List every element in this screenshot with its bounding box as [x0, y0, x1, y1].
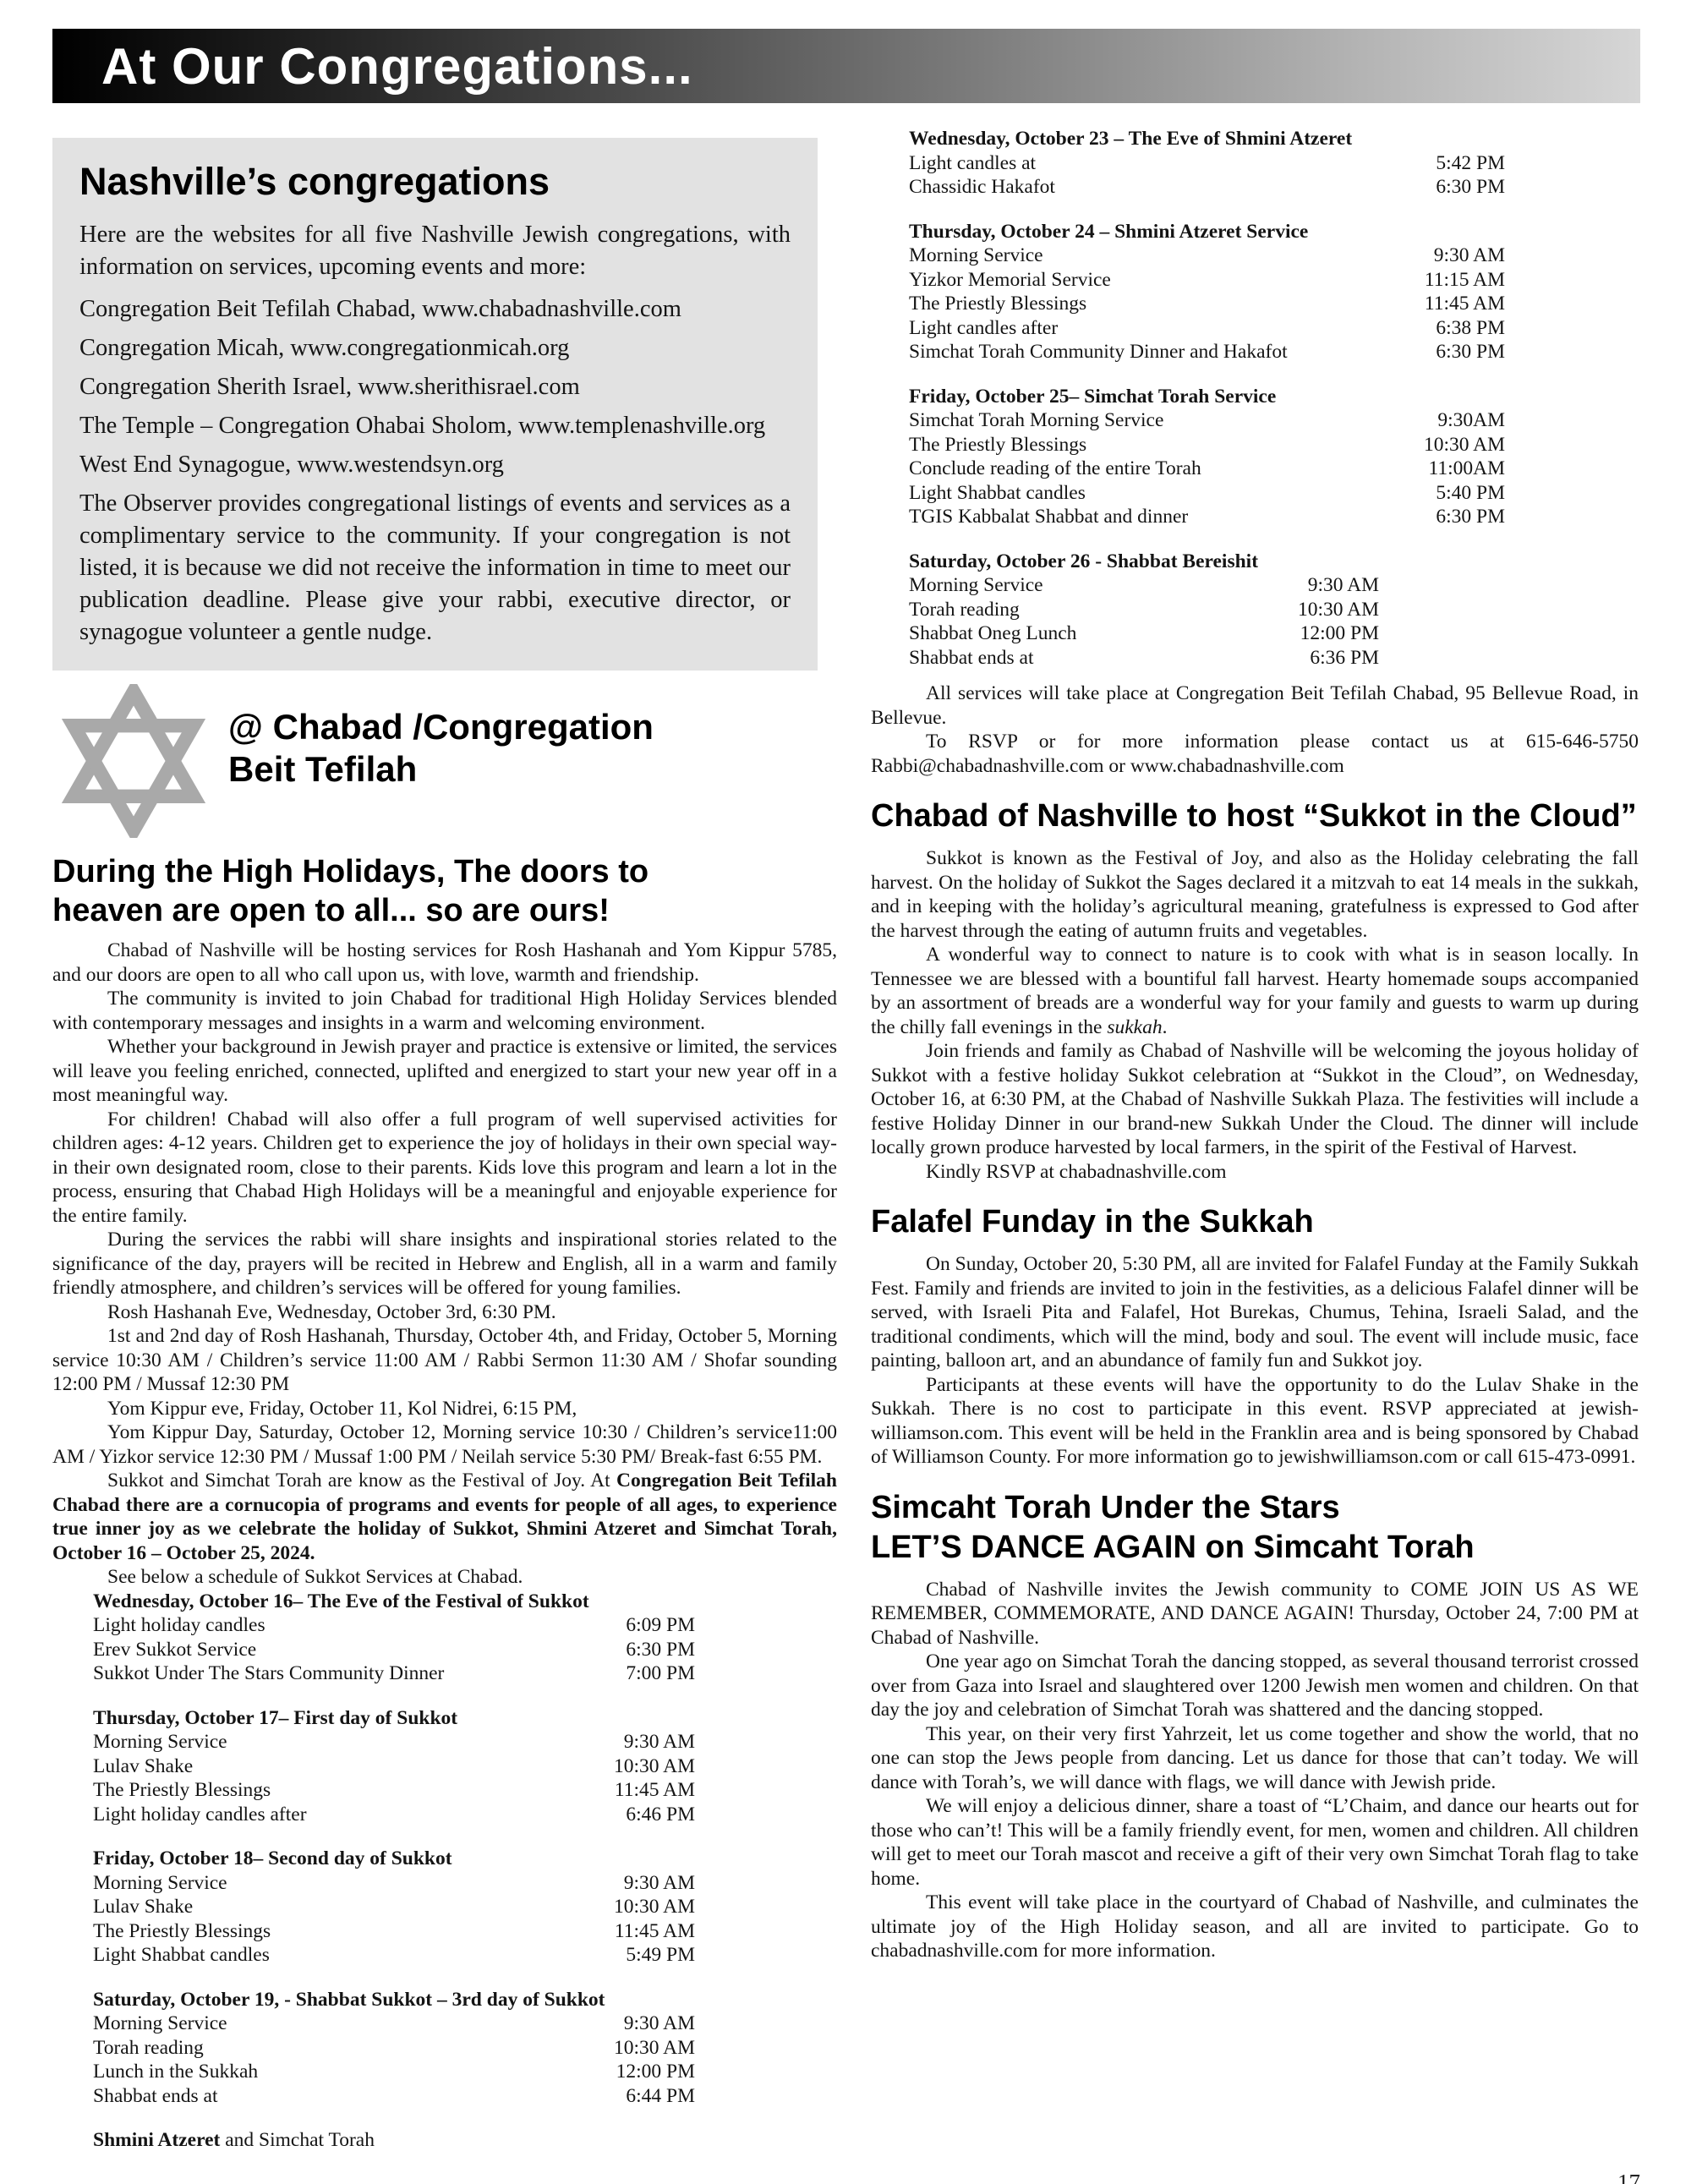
schedule-row: Light candles at5:42 PM	[909, 151, 1505, 176]
schedule-day-header: Thursday, October 24 – Shmini Atzeret Se…	[909, 220, 1639, 244]
schedule-label: Light candles after	[909, 316, 1058, 341]
schedule-time: 11:45 AM	[1425, 292, 1505, 316]
body-paragraph: A wonderful way to connect to nature is …	[871, 943, 1639, 1039]
body-paragraph: Yom Kippur Day, Saturday, October 12, Mo…	[52, 1420, 837, 1469]
section-banner: At Our Congregations...	[52, 29, 1640, 103]
schedule-label: Lunch in the Sukkah	[93, 2060, 258, 2084]
schedule-label: Shabbat Oneg Lunch	[909, 621, 1076, 646]
body-paragraph: Join friends and family as Chabad of Nas…	[871, 1039, 1639, 1160]
schedule-time: 9:30 AM	[624, 2012, 695, 2036]
festival-text-normal: Sukkot and Simchat Torah are know as the…	[107, 1470, 616, 1492]
body-paragraph: 1st and 2nd day of Rosh Hashanah, Thursd…	[52, 1324, 837, 1397]
schedule-label: Shabbat ends at	[909, 646, 1034, 671]
body-paragraph: Whether your background in Jewish prayer…	[52, 1035, 837, 1108]
see-below-line: See below a schedule of Sukkot Services …	[52, 1565, 837, 1590]
schedule-row: Erev Sukkot Service6:30 PM	[93, 1638, 695, 1662]
simchat-title-line1: Simcaht Torah Under the Stars	[871, 1488, 1639, 1528]
body-paragraph: This event will take place in the courty…	[871, 1891, 1639, 1963]
schedule-row: TGIS Kabbalat Shabbat and dinner6:30 PM	[909, 505, 1505, 529]
schedule-label: The Priestly Blessings	[909, 433, 1086, 457]
schedule-time: 7:00 PM	[626, 1661, 695, 1686]
paragraph-text: .	[1163, 1016, 1168, 1038]
schedule-day-header: Thursday, October 17– First day of Sukko…	[93, 1706, 837, 1731]
schedule-row: Torah reading10:30 AM	[93, 2036, 695, 2061]
congregations-box-intro: Here are the websites for all five Nashv…	[79, 219, 791, 283]
schedule-row: Chassidic Hakafot6:30 PM	[909, 175, 1505, 200]
schedule-label: Morning Service	[93, 2012, 227, 2036]
footer-page-number: 17	[1302, 2170, 1640, 2184]
body-paragraph: Chabad of Nashville will be hosting serv…	[52, 939, 837, 987]
sukkot-schedule: Wednesday, October 16– The Eve of the Fe…	[93, 1590, 837, 2153]
schedule-time: 9:30 AM	[624, 1730, 695, 1754]
schedule-label: Light holiday candles after	[93, 1803, 307, 1827]
schedule-row: Conclude reading of the entire Torah11:0…	[909, 457, 1505, 481]
schedule-time: 10:30 AM	[614, 1754, 695, 1779]
congregations-box-note: The Observer provides congregational lis…	[79, 488, 791, 649]
schedule-time: 9:30 AM	[624, 1871, 695, 1896]
congregations-box-title: Nashville’s congregations	[79, 160, 791, 204]
schedule-label: Shabbat ends at	[93, 2084, 218, 2109]
body-paragraph: During the services the rabbi will share…	[52, 1228, 837, 1300]
schedule-label: Light Shabbat candles	[909, 481, 1086, 506]
paragraph-italic: sukkah	[1107, 1016, 1162, 1038]
schedule-label: The Priestly Blessings	[93, 1919, 271, 1944]
schedule-row: Morning Service9:30 AM	[93, 1730, 695, 1754]
schedule-time: 11:45 AM	[615, 1919, 695, 1944]
shmini-atzeret-line: Shmini Atzeret and Simchat Torah	[93, 2128, 837, 2153]
schedule-row: Shabbat Oneg Lunch12:00 PM	[909, 621, 1379, 646]
schedule-label: Morning Service	[93, 1730, 227, 1754]
chabad-title-line2: Beit Tefilah	[228, 748, 654, 791]
schedule-row: Lulav Shake10:30 AM	[93, 1754, 695, 1779]
schedule-label: Sukkot Under The Stars Community Dinner	[93, 1661, 444, 1686]
schedule-row: Shabbat ends at6:36 PM	[909, 646, 1379, 671]
schedule-day-header: Friday, October 25– Simchat Torah Servic…	[909, 385, 1639, 409]
schedule-row: Shabbat ends at6:44 PM	[93, 2084, 695, 2109]
schedule-label: Lulav Shake	[93, 1754, 193, 1779]
schedule-time: 5:49 PM	[626, 1943, 695, 1968]
simchat-torah-title: Simcaht Torah Under the Stars LET’S DANC…	[871, 1488, 1639, 1568]
closing-bold: Shmini Atzeret	[93, 2129, 220, 2151]
body-paragraph: One year ago on Simchat Torah the dancin…	[871, 1650, 1639, 1722]
schedule-label: Erev Sukkot Service	[93, 1638, 256, 1662]
schedule-label: Morning Service	[93, 1871, 227, 1896]
body-paragraph: Sukkot is known as the Festival of Joy, …	[871, 846, 1639, 943]
schedule-label: The Priestly Blessings	[93, 1778, 271, 1803]
schedule-row: The Priestly Blessings10:30 AM	[909, 433, 1505, 457]
schedule-time: 5:40 PM	[1436, 481, 1505, 506]
sukkot-cloud-title: Chabad of Nashville to host “Sukkot in t…	[871, 796, 1639, 836]
schedule-time: 10:30 AM	[1424, 433, 1505, 457]
body-paragraph: This year, on their very first Yahrzeit,…	[871, 1722, 1639, 1795]
schedule-label: Torah reading	[909, 598, 1020, 622]
headline-line1: During the High Holidays, The doors to	[52, 852, 837, 891]
schedule-label: The Priestly Blessings	[909, 292, 1086, 316]
chabad-section-header: @ Chabad /Congregation Beit Tefilah	[52, 684, 837, 842]
right-column: Wednesday, October 23 – The Eve of Shmin…	[871, 127, 1639, 1963]
schedule-row: The Priestly Blessings11:45 AM	[909, 292, 1505, 316]
services-location-note: All services will take place at Congrega…	[871, 681, 1639, 730]
schedule-day-header: Saturday, October 19, - Shabbat Sukkot –…	[93, 1988, 837, 2012]
schedule-label: Light Shabbat candles	[93, 1943, 270, 1968]
schedule-label: Chassidic Hakafot	[909, 175, 1055, 200]
schedule-row: Torah reading10:30 AM	[909, 598, 1379, 622]
headline-line2: heaven are open to all... so are ours!	[52, 891, 837, 930]
schedule-row: Yizkor Memorial Service11:15 AM	[909, 268, 1505, 293]
schedule-label: Light holiday candles	[93, 1613, 265, 1638]
schedule-day-header: Friday, October 18– Second day of Sukkot	[93, 1847, 837, 1871]
schedule-label: Morning Service	[909, 573, 1043, 598]
schedule-row: Light candles after6:38 PM	[909, 316, 1505, 341]
schedule-label: Simchat Torah Morning Service	[909, 408, 1163, 433]
congregations-box: Nashville’s congregations Here are the w…	[52, 138, 818, 671]
body-paragraph: The community is invited to join Chabad …	[52, 987, 837, 1035]
schedule-time: 5:42 PM	[1436, 151, 1505, 176]
body-paragraph: Chabad of Nashville invites the Jewish c…	[871, 1578, 1639, 1650]
rsvp-line: Kindly RSVP at chabadnashville.com	[871, 1160, 1639, 1185]
schedule-time: 6:46 PM	[626, 1803, 695, 1827]
body-paragraph: On Sunday, October 20, 5:30 PM, all are …	[871, 1252, 1639, 1373]
schedule-time: 12:00 PM	[1300, 621, 1379, 646]
body-paragraph: We will enjoy a delicious dinner, share …	[871, 1794, 1639, 1891]
schedule-label: Lulav Shake	[93, 1895, 193, 1919]
schedule-day-header: Wednesday, October 23 – The Eve of Shmin…	[909, 127, 1639, 151]
schedule-day-header: Saturday, October 26 - Shabbat Bereishit	[909, 550, 1639, 574]
schedule-label: Simchat Torah Community Dinner and Hakaf…	[909, 340, 1288, 364]
schedule-row: Morning Service9:30 AM	[909, 244, 1505, 268]
schedule-row: Light holiday candles after6:46 PM	[93, 1803, 695, 1827]
congregation-site: Congregation Sherith Israel, www.sherith…	[79, 371, 791, 403]
left-column: Nashville’s congregations Here are the w…	[52, 138, 837, 2153]
schedule-time: 11:15 AM	[1425, 268, 1505, 293]
closing-normal: and Simchat Torah	[220, 2129, 375, 2151]
schedule-label: Light candles at	[909, 151, 1036, 176]
congregation-site: Congregation Micah, www.congregationmica…	[79, 332, 791, 364]
schedule-time: 6:44 PM	[626, 2084, 695, 2109]
schedule-day-header: Wednesday, October 16– The Eve of the Fe…	[93, 1590, 837, 1614]
schedule-row: Light Shabbat candles5:49 PM	[93, 1943, 695, 1968]
chabad-title-line1: @ Chabad /Congregation	[228, 706, 654, 748]
schedule-row: Simchat Torah Community Dinner and Hakaf…	[909, 340, 1505, 364]
schedule-time: 6:30 PM	[1436, 340, 1505, 364]
schedule-time: 6:09 PM	[626, 1613, 695, 1638]
banner-title: At Our Congregations...	[101, 37, 693, 96]
body-paragraph: Yom Kippur eve, Friday, October 11, Kol …	[52, 1397, 837, 1421]
falafel-funday-title: Falafel Funday in the Sukkah	[871, 1202, 1639, 1242]
congregation-site: The Temple – Congregation Ohabai Sholom,…	[79, 410, 791, 442]
schedule-time: 9:30 AM	[1308, 573, 1379, 598]
paragraph-text: A wonderful way to connect to nature is …	[871, 944, 1639, 1038]
schedule-row: Lunch in the Sukkah12:00 PM	[93, 2060, 695, 2084]
schedule-row: Morning Service9:30 AM	[93, 1871, 695, 1896]
body-paragraph: Rosh Hashanah Eve, Wednesday, October 3r…	[52, 1300, 837, 1325]
congregation-site: West End Synagogue, www.westendsyn.org	[79, 449, 791, 481]
body-paragraph: Participants at these events will have t…	[871, 1373, 1639, 1470]
schedule-time: 6:36 PM	[1310, 646, 1379, 671]
schedule-row: Morning Service9:30 AM	[93, 2012, 695, 2036]
schedule-label: Conclude reading of the entire Torah	[909, 457, 1201, 481]
festival-of-joy-paragraph: Sukkot and Simchat Torah are know as the…	[52, 1469, 837, 1565]
schedule-row: Lulav Shake10:30 AM	[93, 1895, 695, 1919]
schedule-time: 9:30AM	[1437, 408, 1505, 433]
schedule-row: The Priestly Blessings11:45 AM	[93, 1919, 695, 1944]
schedule-time: 10:30 AM	[614, 2036, 695, 2061]
schedule-time: 10:30 AM	[614, 1895, 695, 1919]
chabad-congregation-title: @ Chabad /Congregation Beit Tefilah	[228, 706, 654, 791]
congregation-site: Congregation Beit Tefilah Chabad, www.ch…	[79, 293, 791, 326]
schedule-label: Torah reading	[93, 2036, 204, 2061]
schedule-label: Yizkor Memorial Service	[909, 268, 1111, 293]
schedule-row: Sukkot Under The Stars Community Dinner7…	[93, 1661, 695, 1686]
schedule-row: The Priestly Blessings11:45 AM	[93, 1778, 695, 1803]
schedule-label: Morning Service	[909, 244, 1043, 268]
high-holidays-headline: During the High Holidays, The doors to h…	[52, 852, 837, 930]
schedule-time: 6:30 PM	[626, 1638, 695, 1662]
rsvp-contact-note: To RSVP or for more information please c…	[871, 730, 1639, 778]
schedule-row: Light holiday candles6:09 PM	[93, 1613, 695, 1638]
schedule-row: Simchat Torah Morning Service9:30AM	[909, 408, 1505, 433]
schedule-time: 6:30 PM	[1436, 175, 1505, 200]
schedule-row: Light Shabbat candles5:40 PM	[909, 481, 1505, 506]
schedule-row: Morning Service9:30 AM	[909, 573, 1379, 598]
schedule-label: TGIS Kabbalat Shabbat and dinner	[909, 505, 1188, 529]
schedule-time: 6:38 PM	[1436, 316, 1505, 341]
schedule-time: 11:45 AM	[615, 1778, 695, 1803]
schedule-time: 11:00AM	[1428, 457, 1505, 481]
schedule-time: 10:30 AM	[1298, 598, 1379, 622]
shmini-atzeret-schedule: Wednesday, October 23 – The Eve of Shmin…	[909, 127, 1639, 670]
newspaper-page: At Our Congregations... Nashville’s cong…	[0, 0, 1691, 2184]
star-of-david-icon	[54, 684, 213, 842]
body-paragraph: For children! Chabad will also offer a f…	[52, 1108, 837, 1229]
schedule-time: 6:30 PM	[1436, 505, 1505, 529]
simchat-title-line2: LET’S DANCE AGAIN on Simcaht Torah	[871, 1528, 1639, 1568]
schedule-time: 9:30 AM	[1434, 244, 1505, 268]
schedule-time: 12:00 PM	[616, 2060, 695, 2084]
